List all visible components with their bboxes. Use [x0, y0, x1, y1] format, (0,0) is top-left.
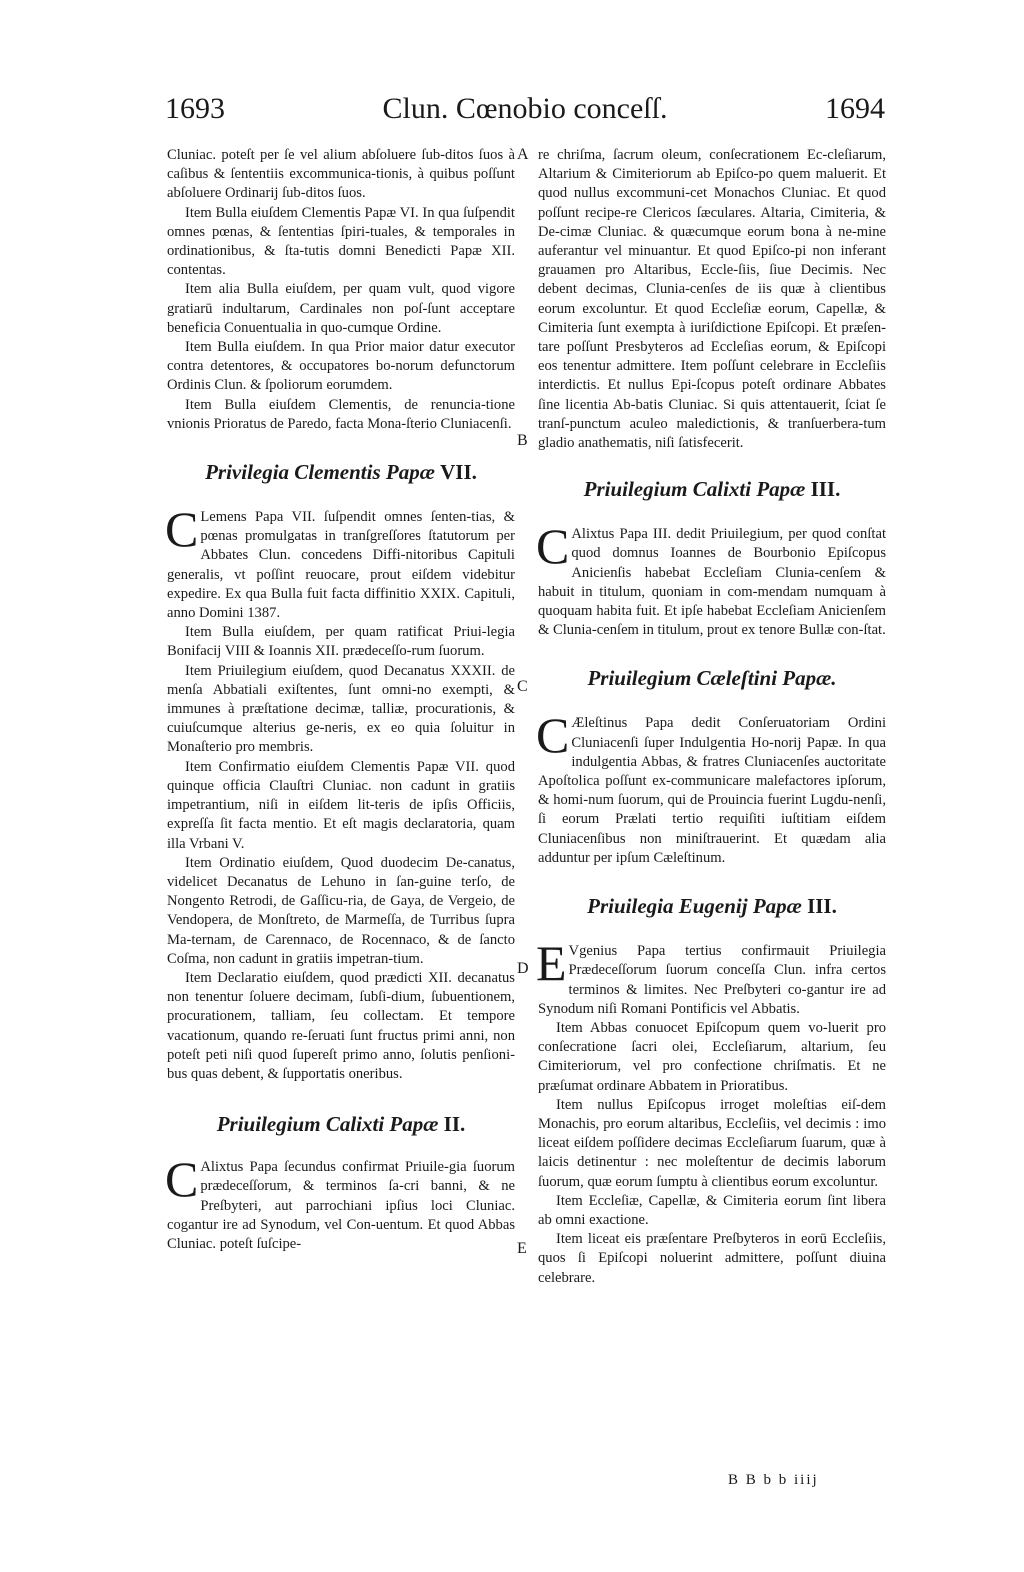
paragraph: Item liceat eis præſentare Preſbyteros i… [538, 1230, 886, 1288]
section-heading-calixtus-ii: Priuilegium Calixti Papæ II. [167, 1110, 515, 1138]
section-heading-italic: Priuilegia Eugenij Papæ [587, 894, 802, 918]
drop-cap: C [536, 527, 569, 565]
section-heading-calixtus-iii: Priuilegium Calixti Papæ III. [538, 475, 886, 503]
paragraph: re chriſma, ſacrum oleum, conſecrationem… [538, 146, 886, 453]
paragraph: Item Declaratio eiuſdem, quod prædicti X… [167, 969, 515, 1084]
paragraph: Cluniac. poteſt per ſe vel alium abſolue… [167, 146, 515, 204]
paragraph-text: Vgenius Papa tertius confirmauit Priuile… [538, 943, 886, 1017]
drop-cap: E [536, 944, 567, 982]
paragraph-dropcap: CAlixtus Papa III. dedit Priuilegium, pe… [538, 525, 886, 640]
paragraph-dropcap: CLemens Papa VII. ſuſpendit omnes ſenten… [167, 508, 515, 623]
paragraph: Item Confirmatio eiuſdem Clementis Papæ … [167, 758, 515, 854]
paragraph-text: Æleſtinus Papa dedit Conſeruatoriam Ordi… [538, 715, 886, 865]
paragraph-text: Alixtus Papa ſecundus confirmat Priuile-… [167, 1159, 515, 1252]
running-title: Clun. Cœnobio conceſſ. [165, 92, 885, 126]
paragraph: Item nullus Epiſcopus irroget moleſtias … [538, 1096, 886, 1192]
paragraph: Item Priuilegium eiuſdem, quod Decanatus… [167, 662, 515, 758]
section-heading-numeral: III. [807, 894, 837, 918]
margin-letter-b: B [517, 432, 528, 450]
paragraph: Item Bulla eiuſdem Clementis Papæ VI. In… [167, 204, 515, 281]
section-heading-numeral: II. [444, 1112, 466, 1136]
running-head: 1693 Clun. Cœnobio conceſſ. 1694 [165, 92, 885, 132]
section-heading-italic: Priuilegium Calixti Papæ [217, 1112, 439, 1136]
paragraph-text: Alixtus Papa III. dedit Priuilegium, per… [538, 526, 886, 638]
section-heading-italic: Privilegia Clementis Papæ [205, 460, 435, 484]
paragraph: Item Bulla eiuſdem Clementis, de renunci… [167, 396, 515, 434]
section-heading-eugenius: Priuilegia Eugenij Papæ III. [538, 892, 886, 920]
margin-letter-d: D [517, 960, 529, 978]
paragraph: Item Abbas conuocet Epiſcopum quem vo-lu… [538, 1019, 886, 1096]
left-column: Cluniac. poteſt per ſe vel alium abſolue… [167, 146, 515, 1254]
right-column: re chriſma, ſacrum oleum, conſecrationem… [538, 146, 886, 1288]
section-heading-clemens: Privilegia Clementis Papæ VII. [167, 458, 515, 486]
paragraph: Item Ordinatio eiuſdem, Quod duodecim De… [167, 854, 515, 969]
paragraph: Item Bulla eiuſdem, per quam ratificat P… [167, 623, 515, 661]
margin-letter-e: E [517, 1240, 527, 1258]
margin-letter-c: C [517, 678, 528, 696]
paragraph: Item Bulla eiuſdem. In qua Prior maior d… [167, 338, 515, 396]
paragraph-dropcap: EVgenius Papa tertius confirmauit Priuil… [538, 942, 886, 1019]
section-heading-caelestinus: Priuilegium Cæleſtini Papæ. [538, 664, 886, 692]
drop-cap: C [165, 510, 198, 548]
margin-letter-a: A [517, 146, 529, 164]
section-heading-italic: Priuilegium Calixti Papæ [584, 477, 806, 501]
paragraph: Item alia Bulla eiuſdem, per quam vult, … [167, 280, 515, 338]
paragraph-dropcap: CÆleſtinus Papa dedit Conſeruatoriam Ord… [538, 714, 886, 868]
signature-mark: B B b b iiij [728, 1472, 819, 1489]
paragraph-text: Lemens Papa VII. ſuſpendit omnes ſenten-… [167, 509, 515, 621]
section-heading-italic: Priuilegium Cæleſtini Papæ. [587, 666, 836, 690]
book-page: 1693 Clun. Cœnobio conceſſ. 1694 A B C D… [0, 0, 1024, 1572]
drop-cap: C [165, 1160, 198, 1198]
drop-cap: C [536, 716, 569, 754]
paragraph: Item Eccleſiæ, Capellæ, & Cimiteria eoru… [538, 1192, 886, 1230]
section-heading-numeral: III. [811, 477, 841, 501]
section-heading-numeral: VII. [440, 460, 477, 484]
page-number-right: 1694 [825, 92, 885, 126]
paragraph-dropcap: CAlixtus Papa ſecundus confirmat Priuile… [167, 1158, 515, 1254]
